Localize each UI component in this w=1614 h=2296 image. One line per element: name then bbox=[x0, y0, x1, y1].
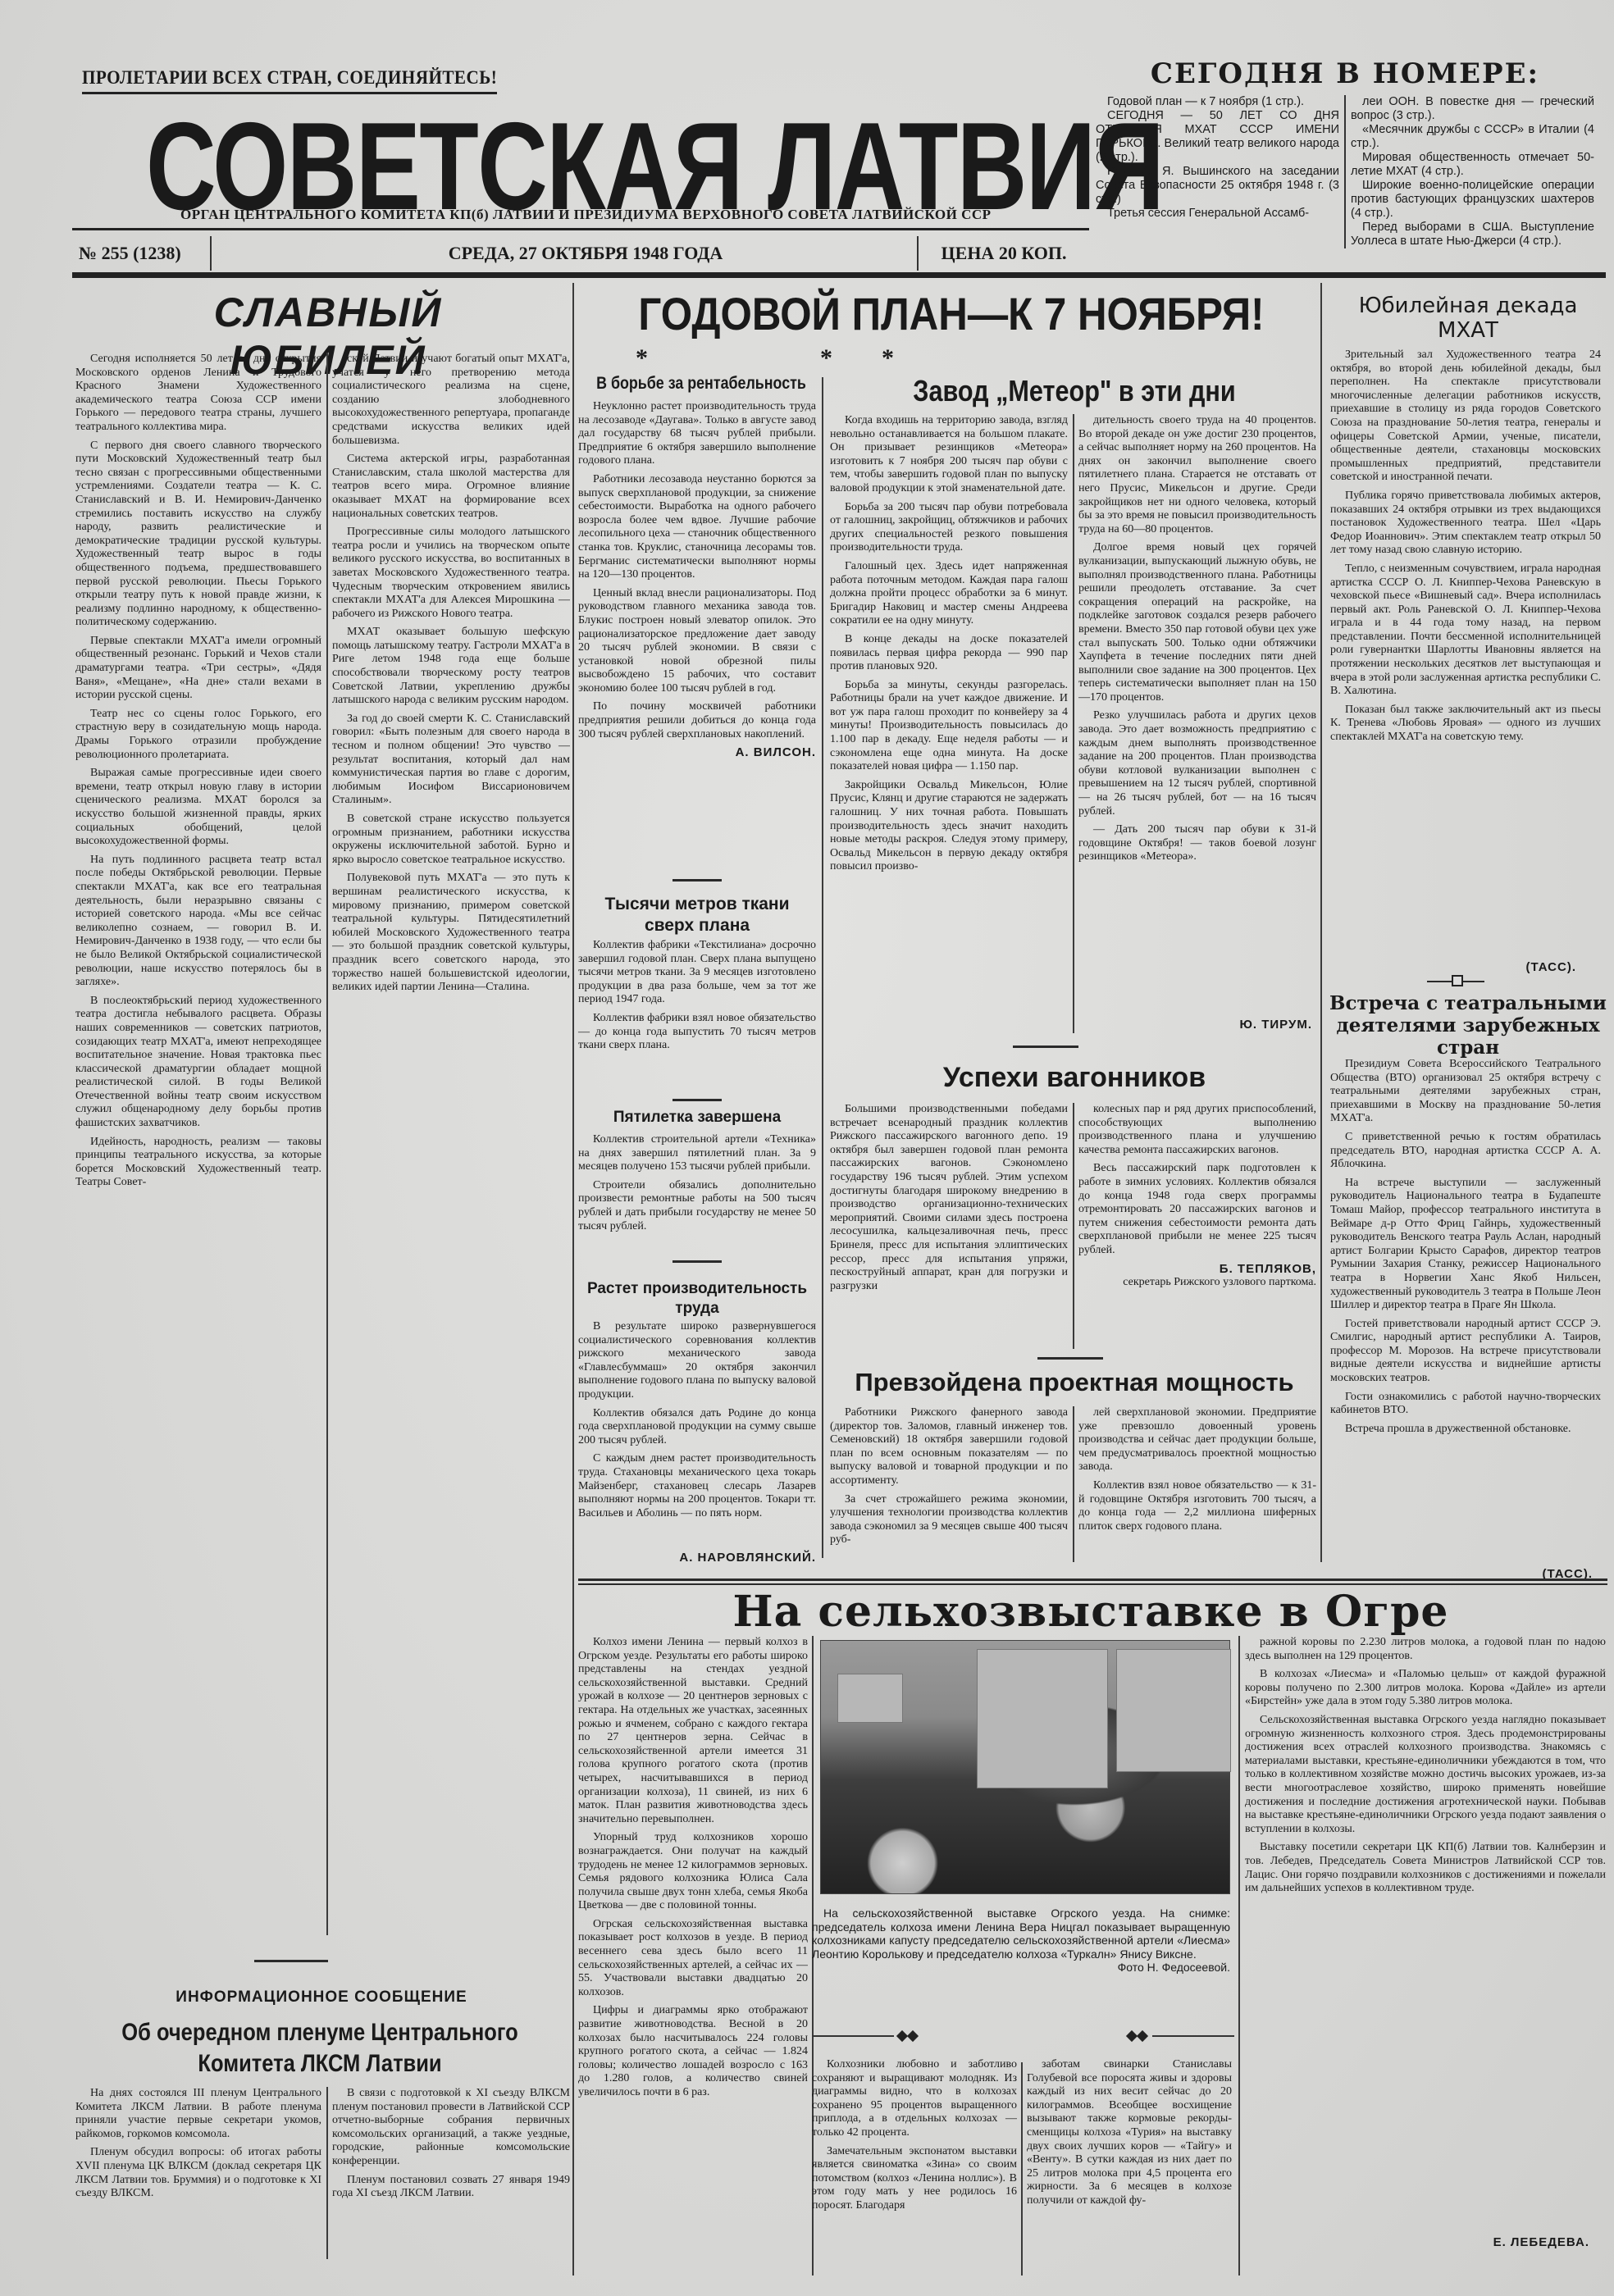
paragraph: Колхозники любовно и заботливо сохраняют… bbox=[812, 2058, 1017, 2140]
paragraph: В послеоктябрьский период художественног… bbox=[75, 995, 321, 1131]
author-signature: Б. ТЕПЛЯКОВ, bbox=[1078, 1263, 1316, 1277]
paragraph: Публика горячо приветствовала любимых ак… bbox=[1330, 490, 1601, 558]
photo-poster bbox=[837, 1674, 903, 1723]
ogre-column-2: Колхозники любовно и заботливо сохраняют… bbox=[812, 2058, 1017, 2280]
paragraph: Закройщики Освальд Микельсон, Юлие Пруси… bbox=[830, 779, 1068, 874]
paragraph: Работники Рижского фанерного завода (дир… bbox=[830, 1406, 1068, 1488]
paragraph: Прогрессивные силы молодого латышского т… bbox=[332, 526, 570, 621]
author-signature: (ТАСС). bbox=[1330, 960, 1576, 974]
main-headline: ГОДОВОЙ ПЛАН—К 7 НОЯБРЯ! bbox=[623, 287, 1280, 340]
paragraph: Галошный цех. Здесь идет напряженная раб… bbox=[830, 560, 1068, 628]
newspaper-page: ПРОЛЕТАРИИ ВСЕХ СТРАН, СОЕДИНЯЙТЕСЬ! СОВ… bbox=[0, 0, 1614, 2296]
paragraph: Коллектив фабрики взял новое обязательст… bbox=[578, 1012, 816, 1053]
paragraph: Огрская сельскохозяйственная выставка по… bbox=[578, 1918, 808, 2000]
paragraph: На днях состоялся III пленум Центральног… bbox=[75, 2087, 321, 2141]
today-item[interactable]: Годовой план — к 7 ноября (1 стр.). bbox=[1096, 95, 1339, 109]
today-right-column: леи ООН. В повестке дня — греческий вопр… bbox=[1346, 95, 1599, 248]
paragraph: По почину москвичей работники предприяти… bbox=[578, 700, 816, 741]
today-item[interactable]: леи ООН. В повестке дня — греческий вопр… bbox=[1351, 95, 1594, 123]
column-divider bbox=[1320, 283, 1322, 1562]
paragraph: Борьба за 200 тысяч пар обуви потребовал… bbox=[830, 501, 1068, 555]
author-role: секретарь Рижского узлового парткома. bbox=[1078, 1276, 1316, 1290]
divider bbox=[254, 1960, 328, 1962]
exhibition-photo[interactable] bbox=[820, 1640, 1230, 1894]
photo-caption: На сельскохозяйственной выставке Огрског… bbox=[812, 1906, 1230, 1975]
paragraph: Президиум Совета Всероссийского Театраль… bbox=[1330, 1058, 1601, 1126]
paragraph: В результате широко развернувшегося соци… bbox=[578, 1320, 816, 1402]
paragraph: лей сверхплановой экономии. Предприятие … bbox=[1078, 1406, 1316, 1474]
divider bbox=[578, 1578, 1607, 1581]
paragraph: Коллектив фабрики «Текстилиана» досрочно… bbox=[578, 939, 816, 1007]
article-headline: Завод „Метеор" в эти дни bbox=[865, 374, 1283, 408]
paragraph: На путь подлинного расцвета театр встал … bbox=[75, 854, 321, 990]
column-divider bbox=[326, 353, 328, 1935]
today-item[interactable]: Речь А. Я. Вышинского на заседании Совет… bbox=[1096, 165, 1339, 207]
author-signature: Ю. ТИРУМ. bbox=[1078, 1018, 1312, 1032]
ogre-column-3: заботам свинарки Станиславы Голубевой вс… bbox=[1027, 2058, 1232, 2280]
star-ornament: * bbox=[636, 344, 648, 372]
paragraph: Выражая самые прогрессивные идеи своего … bbox=[75, 767, 321, 849]
paragraph: Когда входишь на территорию завода, взгл… bbox=[830, 414, 1068, 496]
photo-poster bbox=[1116, 1649, 1231, 1772]
paragraph: С первого дня своего славного творческог… bbox=[75, 440, 321, 630]
author-signature: А. ВИЛСОН. bbox=[578, 746, 816, 760]
paragraph: Работники лесозавода неустанно борются з… bbox=[578, 473, 816, 582]
photo-poster bbox=[977, 1649, 1108, 1788]
ornament-diamond bbox=[907, 2030, 919, 2042]
ornament-line bbox=[812, 2035, 894, 2037]
paragraph: Выставку посетили секретари ЦК КП(б) Лат… bbox=[1245, 1841, 1606, 1895]
meteor-column-2: дительность своего труда на 40 процентов… bbox=[1078, 414, 1316, 1013]
column-divider bbox=[1073, 1406, 1074, 1562]
photo-credit: Фото Н. Федосеевой. bbox=[812, 1961, 1230, 1975]
today-title: СЕГОДНЯ В НОМЕРЕ: bbox=[1091, 57, 1599, 90]
moshchnost-column-2: лей сверхплановой экономии. Предприятие … bbox=[1078, 1406, 1316, 1533]
column-divider bbox=[572, 283, 574, 2275]
ogre-headline: На сельхозвыставке в Огре bbox=[578, 1587, 1603, 1637]
divider bbox=[672, 1260, 722, 1263]
today-left-column: Годовой план — к 7 ноября (1 стр.). СЕГО… bbox=[1091, 95, 1344, 248]
paragraph: В связи с подготовкой к XI съезду ВЛКСМ … bbox=[332, 2087, 570, 2169]
paragraph: Долгое время новый цех горячей вулканиза… bbox=[1078, 541, 1316, 704]
today-in-issue-box: СЕГОДНЯ В НОМЕРЕ: Годовой план — к 7 ноя… bbox=[1091, 57, 1599, 248]
meteor-column-1: Когда входишь на территорию завода, взгл… bbox=[830, 414, 1068, 1029]
paragraph: С приветственной речью к гостям обратила… bbox=[1330, 1131, 1601, 1172]
paragraph: Зрительный зал Художественного театра 24… bbox=[1330, 348, 1601, 485]
paragraph: Сельскохозяйственная выставка Огрского у… bbox=[1245, 1714, 1606, 1836]
paragraph: Система актерской игры, разработанная Ст… bbox=[332, 453, 570, 521]
article-headline: Встреча с театральными деятелями зарубеж… bbox=[1329, 992, 1607, 1059]
article-headline: Тысячи метров ткани сверх плана bbox=[578, 894, 816, 936]
ornament-line bbox=[1152, 2035, 1234, 2037]
paragraph: колесных пар и ряд других приспособлений… bbox=[1078, 1103, 1316, 1157]
divider bbox=[672, 1099, 722, 1101]
moshchnost-column-1: Работники Рижского фанерного завода (дир… bbox=[830, 1406, 1068, 1554]
paragraph: МХАТ оказывает большую шефскую помощь ла… bbox=[332, 626, 570, 708]
paragraph: Ценный вклад внесли рационализаторы. Под… bbox=[578, 587, 816, 696]
star-ornament: * bbox=[882, 344, 894, 372]
divider bbox=[1037, 1357, 1103, 1360]
paragraph: Тепло, с неизменным сочувствием, играла … bbox=[1330, 563, 1601, 699]
paragraph: За год до своей смерти К. С. Станиславск… bbox=[332, 713, 570, 808]
dekada-text: Зрительный зал Художественного театра 24… bbox=[1330, 348, 1601, 972]
rentabelnost-text: Неуклонно растет производительность труд… bbox=[578, 400, 816, 760]
paragraph: ражной коровы по 2.230 литров молока, а … bbox=[1245, 1636, 1606, 1663]
today-item[interactable]: Широкие военно-полицейские операции прот… bbox=[1351, 179, 1594, 221]
paragraph: В колхозах «Лиесма» и «Паломью цельш» от… bbox=[1245, 1668, 1606, 1709]
paragraph: На встрече выступили — заслуженный руков… bbox=[1330, 1177, 1601, 1313]
paragraph: Коллектив обязался дать Родине до конца … bbox=[578, 1407, 816, 1448]
editorial-column-1: Сегодня исполняется 50 лет со дня открыт… bbox=[75, 353, 321, 1911]
paragraph: Строители обязались дополнительно произв… bbox=[578, 1179, 816, 1233]
paragraph: Полувековой путь МХАТ'а — это путь к вер… bbox=[332, 872, 570, 994]
paragraph: Борьба за минуты, секунды разгорелась. Р… bbox=[830, 679, 1068, 774]
proizvoditelnost-text: В результате широко развернувшегося соци… bbox=[578, 1320, 816, 1533]
paragraph: Гости ознакомились с работой научно-твор… bbox=[1330, 1391, 1601, 1418]
column-divider bbox=[822, 377, 823, 1558]
paragraph: Упорный труд колхозников хорошо вознагра… bbox=[578, 1831, 808, 1913]
ogre-column-1: Колхоз имени Ленина — первый колхоз в Ог… bbox=[578, 1636, 808, 2275]
pyatiletka-text: Коллектив строительной артели «Техника» … bbox=[578, 1133, 816, 1233]
paragraph: Коллектив строительной артели «Техника» … bbox=[578, 1133, 816, 1174]
tkani-text: Коллектив фабрики «Текстилиана» досрочно… bbox=[578, 939, 816, 1053]
column-divider bbox=[1073, 1103, 1074, 1349]
today-item[interactable]: «Месячник дружбы с СССР» в Италии (4 стр… bbox=[1351, 123, 1594, 151]
paragraph: За счет строжайшего режима экономии, улу… bbox=[830, 1493, 1068, 1547]
paragraph: Резко улучшилась работа и других цехов з… bbox=[1078, 709, 1316, 818]
issue-date: СРЕДА, 27 ОКТЯБРЯ 1948 ГОДА bbox=[212, 236, 917, 271]
ornament-diamond bbox=[1137, 2030, 1148, 2042]
article-headline: Растет производительность труда bbox=[578, 1279, 816, 1319]
today-item[interactable]: Перед выборами в США. Выступление Уоллес… bbox=[1351, 221, 1594, 248]
article-headline: Превзойдена проектная мощность bbox=[828, 1368, 1320, 1397]
ornament-square bbox=[1452, 975, 1463, 986]
paragraph: Показан был также заключительный акт из … bbox=[1330, 704, 1601, 745]
paragraph: Коллектив взял новое обязательство — к 3… bbox=[1078, 1479, 1316, 1533]
paragraph: ской Латвии изучают богатый опыт МХАТ'а,… bbox=[332, 353, 570, 448]
plenum-headline: Об очередном пленуме Центрального Комите… bbox=[97, 2017, 543, 2080]
paragraph: Цифры и диаграммы ярко отображают развит… bbox=[578, 2004, 808, 2099]
issue-info-bar: № 255 (1238) СРЕДА, 27 ОКТЯБРЯ 1948 ГОДА… bbox=[72, 236, 1089, 271]
plenum-column-2: В связи с подготовкой к XI съезду ВЛКСМ … bbox=[332, 2087, 570, 2201]
paragraph: Встреча прошла в дружественной обстановк… bbox=[1330, 1423, 1601, 1437]
divider bbox=[672, 879, 722, 881]
article-headline: В борьбе за рентабельность bbox=[586, 374, 817, 394]
paragraph: Идейность, народность, реализм — таковы … bbox=[75, 1136, 321, 1190]
plenum-column-1: На днях состоялся III пленум Центральног… bbox=[75, 2087, 321, 2201]
paragraph: Первые спектакли МХАТ'а имели огромный о… bbox=[75, 635, 321, 703]
paragraph: С каждым днем растет производительность … bbox=[578, 1452, 816, 1520]
plenum-kicker: ИНФОРМАЦИОННОЕ СООБЩЕНИЕ bbox=[75, 1988, 568, 2007]
column-divider bbox=[326, 2087, 328, 2259]
divider bbox=[578, 1583, 1607, 1585]
caption-text: На сельскохозяйственной выставке Огрског… bbox=[812, 1906, 1230, 1961]
paragraph: В советской стране искусство пользуется … bbox=[332, 813, 570, 867]
paragraph: Колхоз имени Ленина — первый колхоз в Ог… bbox=[578, 1636, 808, 1826]
article-headline: Успехи вагонников bbox=[828, 1062, 1320, 1094]
paragraph: Весь пассажирский парк подготовлен к раб… bbox=[1078, 1162, 1316, 1257]
paragraph: Театр нес со сцены голос Горького, его с… bbox=[75, 708, 321, 762]
paragraph: дительность своего труда на 40 процентов… bbox=[1078, 414, 1316, 536]
divider bbox=[72, 272, 1606, 278]
paragraph: заботам свинарки Станиславы Голубевой вс… bbox=[1027, 2058, 1232, 2208]
column-divider bbox=[1021, 2062, 1023, 2275]
today-item[interactable]: СЕГОДНЯ — 50 ЛЕТ СО ДНЯ ОТКРЫТИЯ МХАТ СС… bbox=[1096, 109, 1339, 165]
paragraph: Пленум обсудил вопросы: об итогах работы… bbox=[75, 2146, 321, 2200]
paragraph: — Дать 200 тысяч пар обуви к 31-й годовщ… bbox=[1078, 823, 1316, 864]
ogre-column-4: ражной коровы по 2.230 литров молока, а … bbox=[1245, 1636, 1606, 2226]
article-headline: Юбилейная декада МХАТ bbox=[1329, 294, 1607, 343]
today-item[interactable]: Мировая общественность отмечает 50-летие… bbox=[1351, 151, 1594, 179]
motto: ПРОЛЕТАРИИ ВСЕХ СТРАН, СОЕДИНЯЙТЕСЬ! bbox=[82, 67, 497, 94]
paragraph: Пленум постановил созвать 27 января 1949… bbox=[332, 2174, 570, 2201]
issue-price: ЦЕНА 20 КОП. bbox=[917, 236, 1089, 271]
paragraph: Гостей приветствовали народный артист СС… bbox=[1330, 1318, 1601, 1386]
paragraph: Замечательным экспонатом выставки являет… bbox=[812, 2145, 1017, 2213]
vstrecha-text: Президиум Совета Всероссийского Театраль… bbox=[1330, 1058, 1601, 1566]
paragraph: В конце декады на доске показателей появ… bbox=[830, 633, 1068, 674]
author-signature: Е. ЛЕБЕДЕВА. bbox=[1245, 2235, 1589, 2249]
column-divider bbox=[1238, 1636, 1240, 2275]
vagonniki-column-2: колесных пар и ряд других приспособлений… bbox=[1078, 1103, 1316, 1290]
paragraph: Неуклонно растет производительность труд… bbox=[578, 400, 816, 468]
vagonniki-column-1: Большими производственными победами встр… bbox=[830, 1103, 1068, 1357]
column-divider bbox=[1073, 414, 1074, 1033]
today-item[interactable]: Третья сессия Генеральной Ассамб- bbox=[1096, 207, 1339, 221]
paragraph: Большими производственными победами встр… bbox=[830, 1103, 1068, 1293]
divider bbox=[1013, 1045, 1078, 1048]
article-headline: Пятилетка завершена bbox=[578, 1109, 816, 1127]
author-signature: А. НАРОВЛЯНСКИЙ. bbox=[578, 1551, 816, 1565]
star-ornament: * bbox=[820, 344, 832, 372]
editorial-column-2: ской Латвии изучают богатый опыт МХАТ'а,… bbox=[332, 353, 570, 1935]
publisher-line: ОРГАН ЦЕНТРАЛЬНОГО КОМИТЕТА КП(б) ЛАТВИИ… bbox=[180, 207, 992, 223]
paragraph: Сегодня исполняется 50 лет со дня открыт… bbox=[75, 353, 321, 435]
divider bbox=[72, 228, 1089, 230]
issue-number: № 255 (1238) bbox=[72, 236, 212, 271]
